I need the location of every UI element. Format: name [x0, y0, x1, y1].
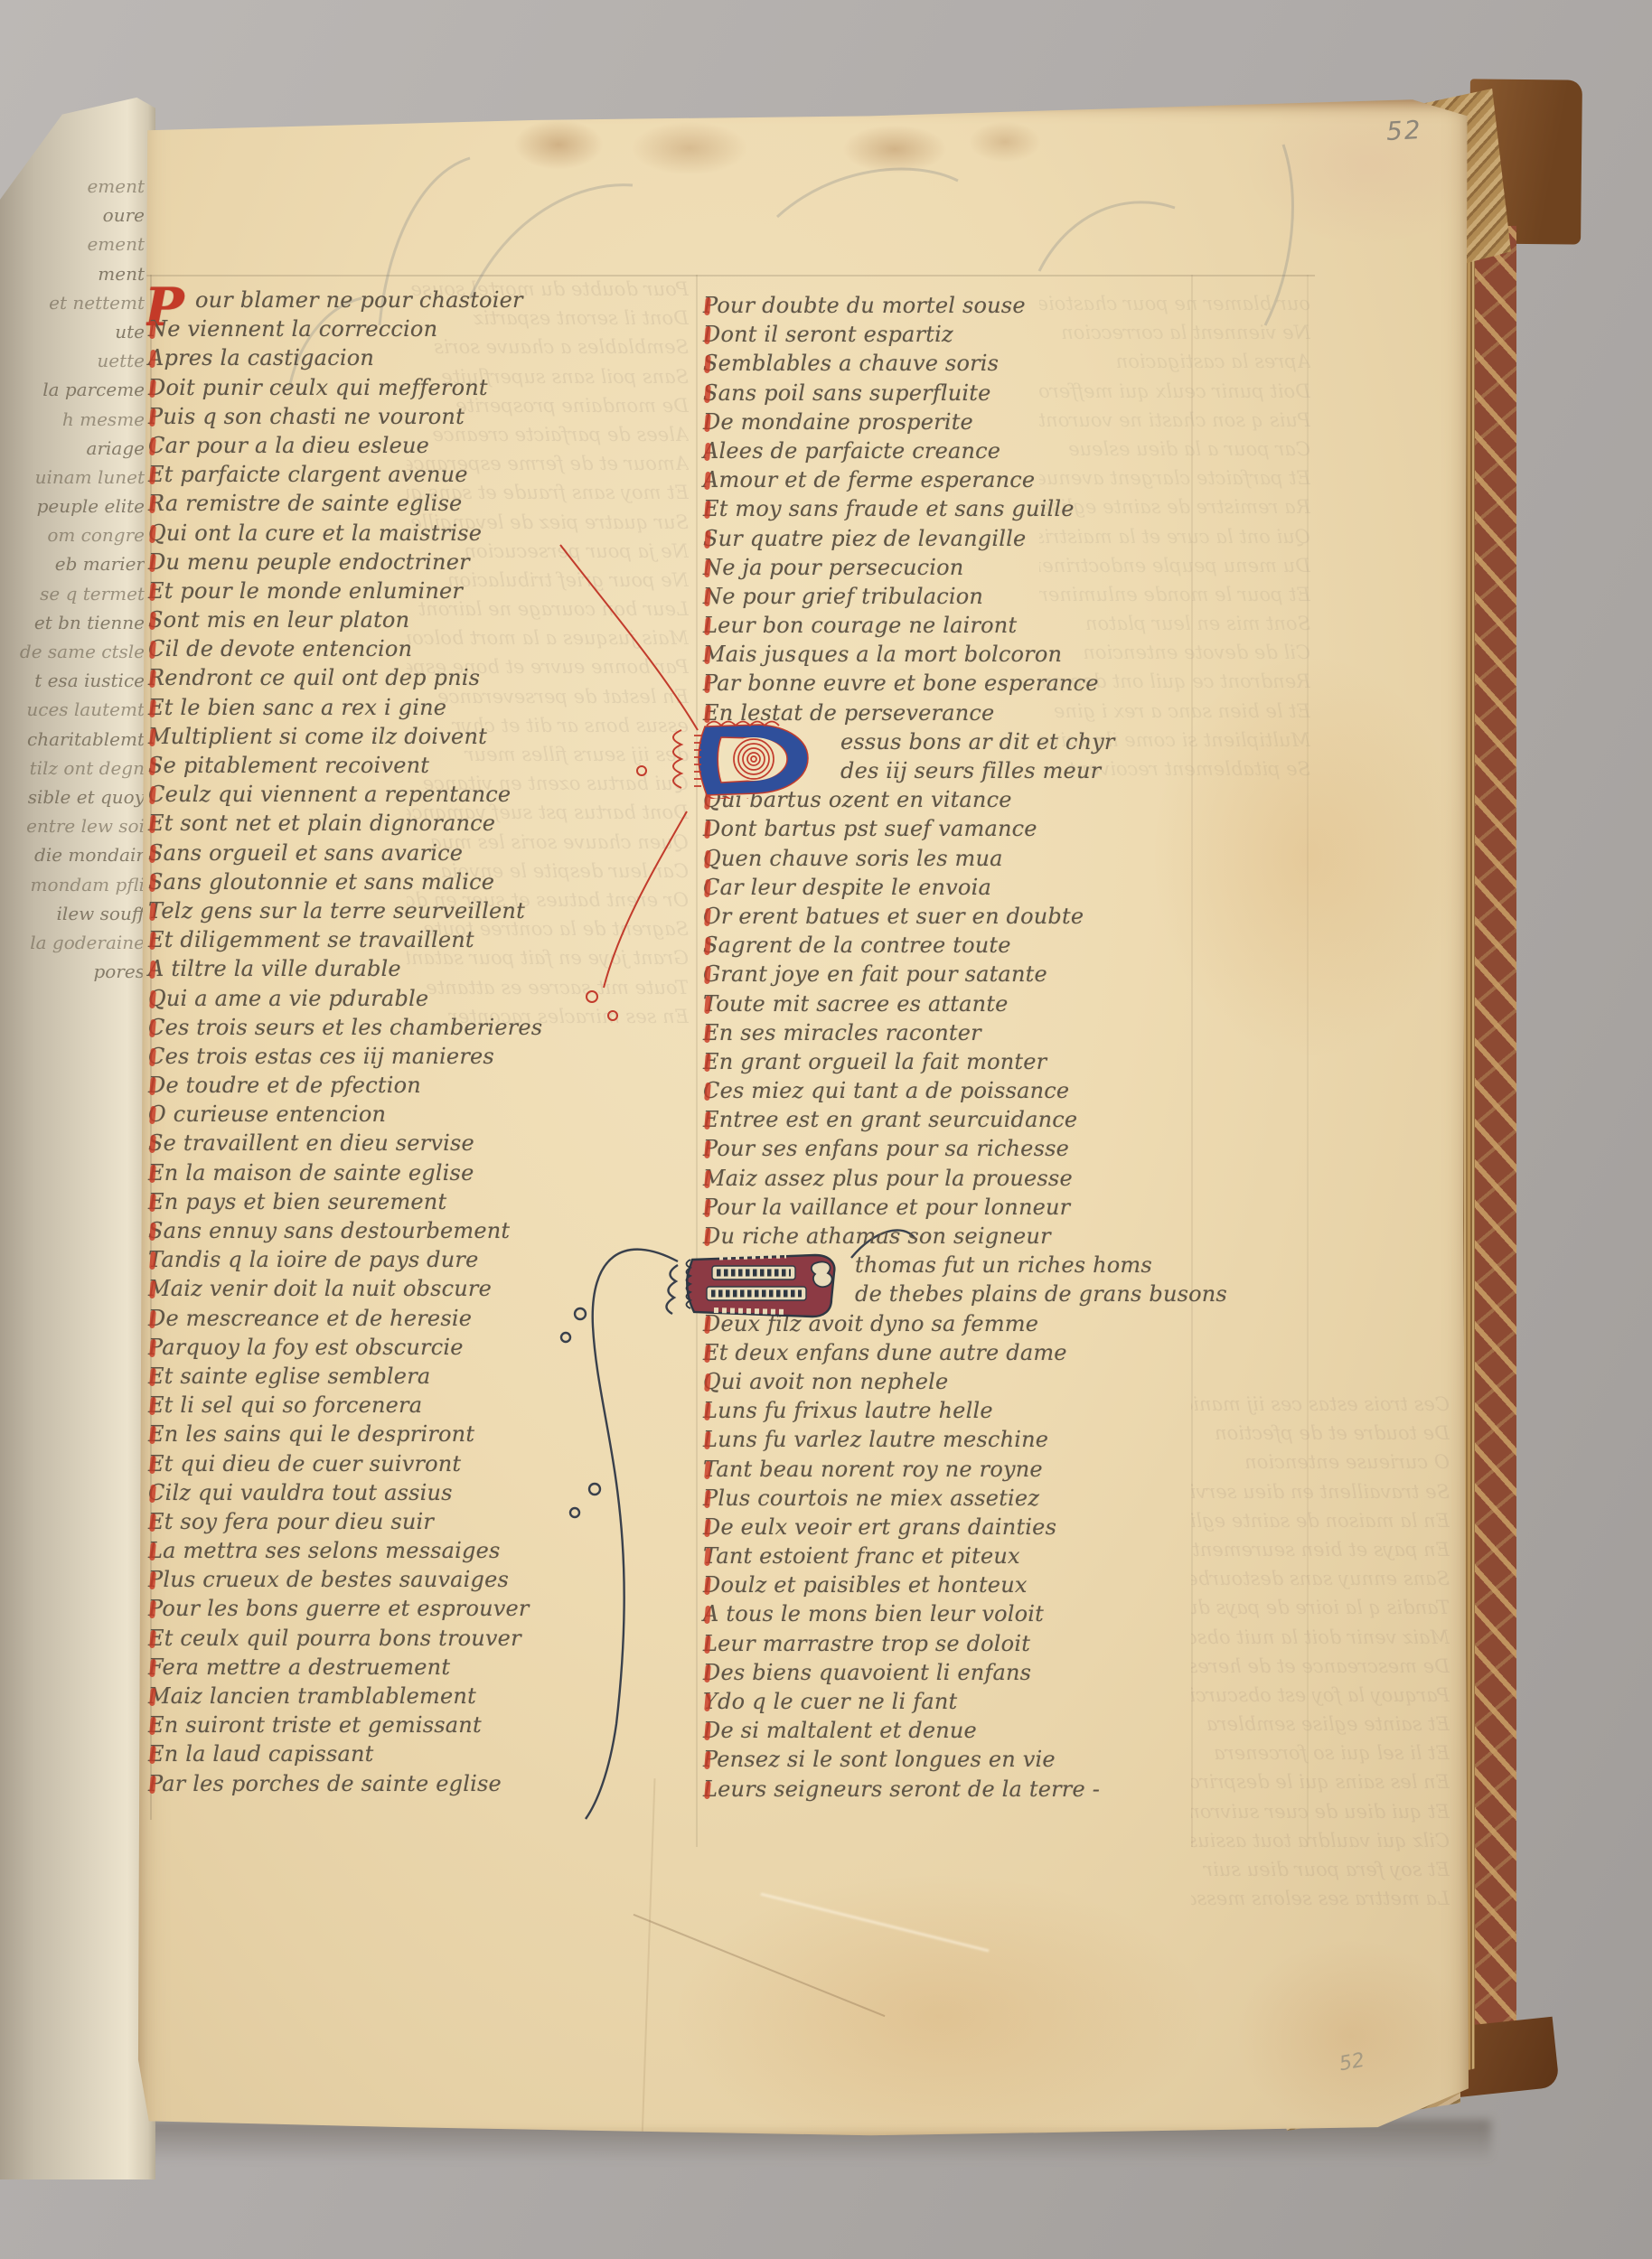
rubric-touch — [149, 1746, 156, 1764]
facing-fragment: uces lautemt — [0, 695, 155, 724]
verse-line: Car leur despite le envoia — [703, 873, 1209, 902]
verse-line: Parquoy la foy est obscurcie — [148, 1333, 651, 1362]
rubric-touch — [149, 553, 156, 571]
verse-line: Pour doubte du mortel souse — [703, 291, 1209, 320]
verse-line: En suiront triste et gemissant — [148, 1711, 651, 1739]
verse-line: Ne viennent la correccion — [148, 314, 651, 343]
ghost-line: Et li sel qui so forcenera — [1191, 1739, 1450, 1767]
rubric-touch — [149, 698, 156, 717]
verse-line: Ne pour grief tribulacion — [703, 582, 1209, 611]
facing-fragment: charitablemt — [0, 725, 155, 754]
rubric-touch — [704, 1345, 711, 1363]
verse-line: Et pour le monde enluminer — [148, 576, 651, 605]
stain — [631, 121, 748, 175]
verse-line: Dont il seront espartiz — [703, 320, 1209, 349]
rubric-touch — [704, 530, 711, 548]
rubric-touch — [149, 1106, 156, 1124]
verse-line: De mondaine prosperite — [703, 408, 1209, 436]
rubric-touch — [149, 1309, 156, 1327]
rubric-touch — [704, 1751, 711, 1769]
verse-line: Des biens quavoient li enfans — [703, 1658, 1209, 1687]
crease — [634, 1914, 886, 2017]
rubric-touch — [149, 903, 156, 921]
rubric-touch — [149, 815, 156, 833]
rubric-touch — [704, 1024, 711, 1042]
book-cover-right-edge — [1475, 226, 1516, 2031]
rubric-touch — [149, 1542, 156, 1561]
rubric-touch — [704, 326, 711, 344]
verse-line: Ces trois seurs et les chamberieres — [148, 1013, 651, 1042]
rubric-touch — [704, 966, 711, 984]
facing-fragment: uinam lunet — [0, 463, 155, 492]
rubric-touch — [704, 1577, 711, 1595]
rubric-touch — [704, 675, 711, 693]
stain — [513, 119, 604, 170]
verse-line: Ceulz qui viennent a repentance — [148, 780, 651, 809]
verse-line: Leurs seigneurs seront de la terre - — [703, 1775, 1209, 1804]
facing-fragment: pores — [0, 957, 155, 986]
ghost-line: En la maison de sainte eglise — [1191, 1506, 1450, 1535]
facing-fragment: die mondair — [0, 840, 155, 869]
ghost-line: Ces trois estas ces iij manieres — [1191, 1390, 1450, 1419]
rubric-touch — [704, 820, 711, 839]
ghost-line: La mettra ses selons messaiges — [1191, 1884, 1450, 1913]
verse-line: En la maison de sainte eglise — [148, 1158, 651, 1187]
rubric-touch — [704, 1722, 711, 1740]
rubric-touch — [704, 1460, 711, 1478]
stain — [969, 121, 1041, 163]
verse-line: Ydo q le cuer ne li fant — [703, 1687, 1209, 1716]
facing-fragment: et nettemt — [0, 288, 155, 317]
verse-line: Pour la vaillance et pour lonneur — [703, 1193, 1209, 1222]
rubric-touch — [704, 443, 711, 461]
verse-line: Et moy sans fraude et sans guille — [703, 494, 1209, 523]
rubric-touch — [149, 1077, 156, 1095]
rubric-touch — [149, 1223, 156, 1241]
verse-line: En la laud capissant — [148, 1739, 651, 1768]
verse-line: Qui avoit non nephele — [703, 1367, 1209, 1396]
stain — [1238, 1941, 1464, 2131]
verse-line: Telz gens sur la terre seurveillent — [148, 896, 651, 925]
facing-fragment: ute — [0, 317, 155, 346]
manuscript-photograph: ementoureementmentet nettemtuteuettela p… — [0, 0, 1652, 2259]
stain — [1249, 89, 1484, 242]
verse-line: Et qui dieu de cuer suivront — [148, 1449, 651, 1478]
ruling-line — [696, 275, 698, 1847]
rubric-touch — [149, 379, 156, 397]
facing-fragment: t esa iustice — [0, 666, 155, 695]
rubric-touch — [149, 786, 156, 804]
verse-line: Du menu peuple endoctriner — [148, 548, 651, 576]
facing-fragment: h mesme — [0, 405, 155, 434]
rubric-touch — [149, 495, 156, 513]
rubric-touch — [149, 408, 156, 426]
verse-line: Dont bartus pst suef vamance — [703, 814, 1209, 843]
rubric-touch — [704, 1693, 711, 1711]
verse-line: Rendront ce quil ont dep pnis — [148, 663, 651, 692]
rubric-touch — [149, 1455, 156, 1473]
rubric-touch — [704, 646, 711, 664]
rubric-touch — [704, 1489, 711, 1507]
verse-line: Entree est en grant seurcuidance — [703, 1105, 1209, 1134]
facing-page-text-fragments: ementoureementmentet nettemtuteuettela p… — [0, 172, 155, 986]
verse-line: Sur quatre piez de levangille — [703, 524, 1209, 553]
rubric-touch — [149, 350, 156, 368]
rubric-touch — [704, 1606, 711, 1624]
verse-line: En grant orgueil la fait monter — [703, 1047, 1209, 1076]
ghost-line: En pays et bien seurement — [1191, 1535, 1450, 1564]
verse-line: Tant beau norent roy ne royne — [703, 1455, 1209, 1484]
facing-fragment: om congre — [0, 520, 155, 549]
facing-fragment: la goderaine — [0, 928, 155, 957]
verse-line: Et diligemment se travaillent — [148, 925, 651, 954]
verse-line: Alees de parfaicte creance — [703, 436, 1209, 465]
verse-line: Puis q son chasti ne vouront — [148, 402, 651, 431]
rubric-touch — [149, 1571, 156, 1589]
verse-line: Pour blamer ne pour chastoier — [148, 286, 651, 314]
facing-fragment: ilew souff — [0, 899, 155, 928]
verse-line: Doit punir ceulx qui mefferont — [148, 373, 651, 402]
rubric-touch — [704, 588, 711, 606]
verse-line: De eulx veoir ert grans dainties — [703, 1513, 1209, 1542]
verse-line: Pensez si le sont longues en vie — [703, 1745, 1209, 1774]
ruling-line — [1307, 275, 1309, 1847]
verse-line: Et soy fera pour dieu suir — [148, 1507, 651, 1536]
facing-fragment: uette — [0, 346, 155, 375]
folio-number-top: 52 — [1385, 115, 1422, 146]
rubric-touch — [704, 1111, 711, 1129]
rubric-touch — [149, 1717, 156, 1735]
verse-line: Et deux enfans dune autre dame — [703, 1338, 1209, 1367]
rubric-touch — [704, 501, 711, 519]
stain — [678, 1876, 1202, 2156]
rubric-touch — [149, 1600, 156, 1618]
verse-line: Qui a ame a vie pdurable — [148, 984, 651, 1013]
verse-line: Ces trois estas ces iij manieres — [148, 1042, 651, 1071]
rubric-touch — [149, 1775, 156, 1793]
verse-line: Luns fu varlez lautre meschine — [703, 1425, 1209, 1454]
rubric-touch — [149, 437, 156, 455]
verse-line: Doulz et paisibles et honteux — [703, 1570, 1209, 1599]
verse-line: Car pour a la dieu esleue — [148, 431, 651, 460]
verse-line: Ne ja pour persecucion — [703, 553, 1209, 582]
verse-line: Se travaillent en dieu servise — [148, 1129, 651, 1158]
verse-line: A tous le mons bien leur voloit — [703, 1599, 1209, 1628]
facing-fragment: ement — [0, 230, 155, 258]
verse-line: Et li sel qui so forcenera — [148, 1391, 651, 1420]
verse-line: En ses miracles raconter — [703, 1018, 1209, 1047]
rubric-touch — [704, 558, 711, 576]
rubric-touch — [149, 1629, 156, 1647]
rubric-touch — [704, 937, 711, 955]
rubric-touch — [704, 1431, 711, 1449]
rubric-touch — [704, 1664, 711, 1683]
verse-line: Et sainte eglise semblera — [148, 1362, 651, 1391]
rubric-touch — [704, 414, 711, 432]
verse-line: Plus courtois ne miex assetiez — [703, 1484, 1209, 1513]
rubric-touch — [149, 1135, 156, 1153]
rubric-touch — [704, 384, 711, 402]
verse-line: Se pitablement recoivent — [148, 751, 651, 780]
facing-fragment: mondam pfli — [0, 870, 155, 899]
rubric-touch — [704, 879, 711, 897]
rubric-touch — [149, 1659, 156, 1677]
ghost-line: Tandis q la ioire de pays dure — [1191, 1593, 1450, 1622]
rubric-touch — [149, 612, 156, 630]
verse-line: Et le bien sanc a rex i gine — [148, 693, 651, 722]
verse-line: Apres la castigacion — [148, 343, 651, 372]
rubric-touch — [704, 1083, 711, 1101]
verse-line: De si maltalent et denue — [703, 1716, 1209, 1745]
verse-line: Sagrent de la contree toute — [703, 931, 1209, 960]
rubric-touch — [149, 757, 156, 775]
rubric-touch — [704, 1054, 711, 1072]
verse-line: Leur marrastre trop se doloit — [703, 1629, 1209, 1658]
rubric-touch — [149, 1280, 156, 1298]
rubric-touch — [704, 908, 711, 926]
rubric-touch — [149, 1339, 156, 1357]
facing-fragment: entre lew soi — [0, 811, 155, 840]
verse-line: A tiltre la ville durable — [148, 954, 651, 983]
ghost-line: O curieuse entencion — [1191, 1448, 1450, 1476]
rubric-touch — [149, 670, 156, 688]
facing-fragment: se q termet — [0, 579, 155, 608]
verse-line: Grant joye en fait pour satante — [703, 960, 1209, 989]
rubric-touch — [149, 524, 156, 542]
rubric-touch — [704, 1519, 711, 1537]
ghost-line: De mescreance et de heresie — [1191, 1652, 1450, 1681]
verse-line: Sans ennuy sans destourbement — [148, 1216, 651, 1245]
decorated-initial-d — [689, 719, 817, 799]
verse-line: Ra remistre de sainte eglise — [148, 489, 651, 518]
crease — [640, 1778, 655, 2167]
verse-line: Maiz lancien tramblablement — [148, 1682, 651, 1711]
verse-line: La mettra ses selons messaiges — [148, 1536, 651, 1565]
facing-fragment: oure — [0, 201, 155, 230]
verse-line: Maiz venir doit la nuit obscure — [148, 1274, 651, 1303]
verse-line: Qui ont la cure et la maistrise — [148, 519, 651, 548]
rubric-touch — [149, 1018, 156, 1036]
verse-line: En les sains qui le despriront — [148, 1420, 651, 1448]
ruling-line — [145, 275, 1315, 277]
verse-line: Tandis q la ioire de pays dure — [148, 1245, 651, 1274]
rubric-touch — [149, 1688, 156, 1706]
verse-line: Sont mis en leur platon — [148, 605, 651, 634]
rubric-touch — [149, 1514, 156, 1532]
verse-line: Pour ses enfans pour sa richesse — [703, 1134, 1209, 1163]
verse-line: Multiplient si come ilz doivent — [148, 722, 651, 751]
ghost-line: En les sains qui le despriront — [1191, 1767, 1450, 1796]
facing-fragment: eb marier — [0, 549, 155, 578]
rubric-touch — [149, 1368, 156, 1386]
verse-line: Et sont net et plain dignorance — [148, 809, 651, 838]
rubric-touch — [704, 995, 711, 1013]
text-column-right: Pour doubte du mortel souseDont il seron… — [703, 291, 1209, 1804]
ghost-line: Cilz qui vauldra tout assius — [1191, 1826, 1450, 1855]
facing-fragment: sible et quoy — [0, 783, 155, 811]
rubric-touch — [149, 466, 156, 484]
facing-fragment: ariage — [0, 434, 155, 463]
rubric-touch — [704, 1228, 711, 1246]
folio-number-bottom: 52 — [1338, 2049, 1366, 2076]
rubric-touch — [704, 1373, 711, 1392]
verse-line: Et ceulx quil pourra bons trouver — [148, 1624, 651, 1653]
facing-fragment: tilz ont degn — [0, 754, 155, 783]
verse-line: Ces miez qui tant a de poissance — [703, 1076, 1209, 1105]
rubric-touch — [704, 1140, 711, 1158]
rubric-touch — [149, 1164, 156, 1182]
verse-line: Fera mettre a destruement — [148, 1653, 651, 1682]
facing-fragment: de same ctsle — [0, 637, 155, 666]
verse-line: Mais jusques a la mort bolcoron — [703, 640, 1209, 669]
verse-line: Cilz qui vauldra tout assius — [148, 1478, 651, 1507]
rubric-touch — [704, 1169, 711, 1187]
verse-line: Luns fu frixus lautre helle — [703, 1396, 1209, 1425]
verse-line: Par les porches de sainte eglise — [148, 1769, 651, 1798]
rubric-touch — [149, 583, 156, 601]
verse-line: Maiz assez plus pour la prouesse — [703, 1164, 1209, 1193]
verse-line: Tant estoient franc et piteux — [703, 1542, 1209, 1570]
rubric-touch — [149, 1251, 156, 1270]
verse-line: Or erent batues et suer en doubte — [703, 902, 1209, 931]
rubric-touch — [149, 961, 156, 979]
rubric-touch — [149, 1048, 156, 1066]
ghost-line: Parquoy la foy est obscurcie — [1191, 1681, 1450, 1710]
rubric-touch — [149, 1397, 156, 1415]
ghost-line: Se travaillent en dieu servise — [1191, 1477, 1450, 1506]
rubric-touch — [704, 472, 711, 490]
rubric-touch — [149, 874, 156, 892]
verse-line: Par bonne euvre et bone esperance — [703, 669, 1209, 698]
rubric-touch — [704, 297, 711, 315]
rubric-touch — [704, 617, 711, 635]
ghost-line: Maiz venir doit la nuit obscure — [1191, 1623, 1450, 1652]
decorated-initial-a — [678, 1245, 857, 1326]
rubric-touch — [704, 1780, 711, 1798]
rubric-touch — [149, 989, 156, 1008]
rubric-touch — [704, 1199, 711, 1217]
verse-line: De mescreance et de heresie — [148, 1304, 651, 1333]
verse-line: Sans orgueil et sans avarice — [148, 839, 651, 867]
verse-line: Semblables a chauve soris — [703, 349, 1209, 378]
verse-line: Leur bon courage ne lairont — [703, 611, 1209, 640]
facing-fragment: ment — [0, 259, 155, 288]
verse-line: De toudre et de pfection — [148, 1071, 651, 1100]
verse-line: Pour les bons guerre et esprouver — [148, 1594, 651, 1623]
facing-fragment: et bn tienne — [0, 608, 155, 637]
rubric-touch — [149, 932, 156, 950]
rubric-touch — [149, 728, 156, 746]
rubric-touch — [704, 1635, 711, 1653]
ghost-line: Et sainte eglise semblera — [1191, 1710, 1450, 1739]
text-column-left: Pour blamer ne pour chastoierNe viennent… — [148, 286, 651, 1798]
ghost-line: De toudre et de pfection — [1191, 1419, 1450, 1448]
ghost-line: Sans ennuy sans destourbement — [1191, 1564, 1450, 1593]
verse-line: Quen chauve soris les mua — [703, 844, 1209, 873]
verse-line: Amour et de ferme esperance — [703, 465, 1209, 494]
verse-line: Plus crueux de bestes sauvaiges — [148, 1565, 651, 1594]
rubric-touch — [704, 1402, 711, 1420]
facing-fragment: ement — [0, 172, 155, 201]
facing-fragment: peuple elite — [0, 492, 155, 520]
rubric-touch — [704, 849, 711, 867]
verse-line: Cil de devote entencion — [148, 634, 651, 663]
rubric-touch — [149, 1194, 156, 1212]
manuscript-page: Pour doubte du mortel souseDont il seron… — [136, 98, 1471, 2142]
rubric-touch — [149, 321, 156, 339]
verse-line: Et parfaicte clargent avenue — [148, 460, 651, 489]
show-through-text: Ces trois estas ces iij manieresDe toudr… — [1191, 1390, 1450, 1932]
facing-fragment: la parceme — [0, 375, 155, 404]
rubric-touch — [149, 1426, 156, 1444]
rubric-touch — [149, 641, 156, 659]
verse-line: Sans gloutonnie et sans malice — [148, 867, 651, 896]
ghost-line: Et soy fera pour dieu suir — [1191, 1855, 1450, 1884]
verse-line: En pays et bien seurement — [148, 1187, 651, 1216]
rubric-touch — [704, 355, 711, 373]
facing-page-edge: ementoureementmentet nettemtuteuettela p… — [0, 51, 155, 2179]
stain — [842, 125, 947, 173]
verse-line: Sans poil sans superfluite — [703, 379, 1209, 408]
rubric-touch — [149, 844, 156, 862]
verse-line: Toute mit sacree es attante — [703, 989, 1209, 1018]
crease — [760, 1893, 989, 1953]
verse-line: O curieuse entencion — [148, 1100, 651, 1129]
ghost-line: Et qui dieu de cuer suivront — [1191, 1797, 1450, 1826]
rubric-touch — [149, 1484, 156, 1502]
rubric-touch — [704, 1548, 711, 1566]
